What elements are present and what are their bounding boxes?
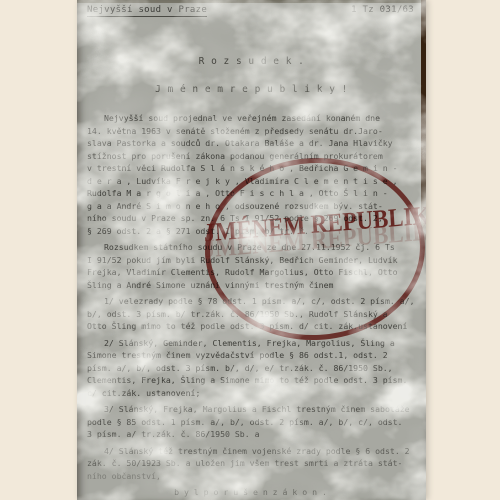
body-line: 3/ Slánský, Frejka, Margolius a Fischl t… bbox=[87, 403, 414, 416]
body-line: Clementis, Frejka, Šling a Simone mimo t… bbox=[87, 374, 414, 387]
body-line: v trestní věci Rudolfa S l á n s k é h o… bbox=[87, 162, 414, 175]
body-line: stížnost pro porušení zákona podanou gen… bbox=[87, 150, 414, 163]
body-line: d e r a , Ludvíka F r e j k y , Vladimír… bbox=[87, 175, 414, 188]
photographed-judgment-page: Nejvyšší soud v Praze 1 Tz 031/63 R o z … bbox=[0, 0, 500, 500]
body-line: Nejvyšší soud projednal ve veřejném zase… bbox=[87, 112, 414, 125]
body-line: 4/ Slánský též trestným činem vojenské z… bbox=[87, 445, 414, 458]
body-line: § 269 odst. 2 a § 271 odst. 1 písm. b/ t… bbox=[87, 225, 414, 238]
body-line: zák. č. 50/1923 Sb. a uložen jim všem tr… bbox=[87, 457, 414, 470]
body-line: c/ cit.zák. ustanovení; bbox=[87, 387, 414, 400]
body-line: 2/ Slánský, Geminder, Clementis, Frejka,… bbox=[87, 337, 414, 350]
judgment-subtitle: J m é n e m r e p u b l i k y ! bbox=[77, 84, 426, 95]
body-closing-line: b y l p o r u š e n z á k o n . bbox=[87, 486, 414, 499]
court-name: Nejvyšší soud v Praze bbox=[87, 5, 207, 17]
body-line: Rudolfa M a r g o l i a , Otto F i s c h… bbox=[87, 187, 414, 200]
document-paper: Nejvyšší soud v Praze 1 Tz 031/63 R o z … bbox=[77, 0, 426, 500]
paper-top-edge bbox=[77, 0, 426, 3]
judgment-title: R o z s u d e k . bbox=[77, 56, 426, 67]
paper-right-edge-shadow bbox=[421, 0, 426, 265]
judgment-body: Nejvyšší soud projednal ve veřejném zase… bbox=[87, 112, 414, 499]
body-line: 3 písm. a/ tr.zák. č. 86/1950 Sb. a bbox=[87, 428, 414, 441]
body-line: Simone trestným činem vyzvědačství podle… bbox=[87, 349, 414, 362]
body-line: Rozsudkem státního soudu v Praze ze dne … bbox=[87, 241, 414, 254]
document-header: Nejvyšší soud v Praze 1 Tz 031/63 bbox=[87, 5, 414, 17]
body-line: ního soudu v Praze sp. zn. 6 Ts I 91/52 … bbox=[87, 212, 414, 225]
body-line: Otto Šling mimo to též podle odst. 3 pís… bbox=[87, 320, 414, 333]
body-line: podle § 85 odst. 1 písm. a/, b/, odst. 2… bbox=[87, 416, 414, 429]
body-line: slava Pastorka a soudců dr. Otakara Balá… bbox=[87, 137, 414, 150]
body-line: I 91/52 pokud jím byli Rudolf Slánský, B… bbox=[87, 254, 414, 267]
case-reference: 1 Tz 031/63 bbox=[351, 5, 414, 17]
body-line: Šling a André Simone uznáni vinnými tres… bbox=[87, 279, 414, 292]
body-line: 1/ velezrady podle § 78 odst. 1 písm. a/… bbox=[87, 295, 414, 308]
body-line: písm. a/, b/, odst. 3 písm. b/, d/, e/ t… bbox=[87, 362, 414, 375]
body-line: g a a André S i m o n e h o , odsouzené … bbox=[87, 200, 414, 213]
body-line: ního občanství, bbox=[87, 470, 414, 483]
body-line: b/, odst. 3 písm. b/ tr.zák. č. 86/1950 … bbox=[87, 308, 414, 321]
body-line: 14. května 1963 v senátě složeném z před… bbox=[87, 125, 414, 138]
body-line: Frejka, Vladimír Clementis, Rudolf Margo… bbox=[87, 266, 414, 279]
